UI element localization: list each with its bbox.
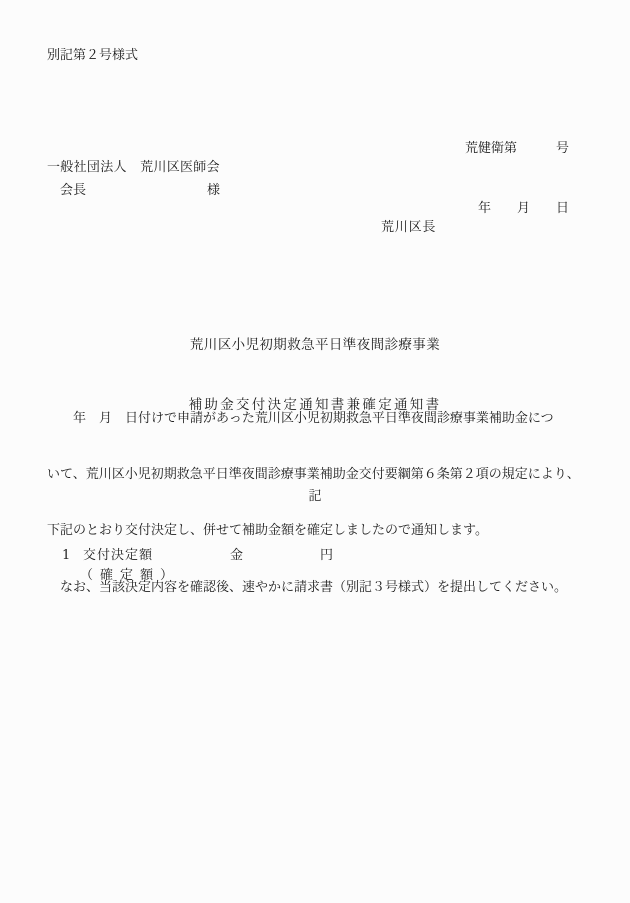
addressee-honorific: 様	[207, 182, 220, 200]
body-line-1: 年 月 日付けで申請があった荒川区小児初期救急平日準夜間診療事業補助金につ	[47, 410, 587, 429]
body-line-2: いて、荒川区小児初期救急平日準夜間診療事業補助金交付要綱第６条第２項の規定により…	[47, 466, 587, 485]
body-line-3: 下記のとおり交付決定し、併せて補助金額を確定しましたので通知します。	[47, 522, 587, 541]
addressee-organization: 一般社団法人 荒川区医師会	[47, 159, 220, 177]
sender-title: 荒川区長	[381, 219, 436, 237]
document-page: 別記第２号様式 荒健衛第 号 年 月 日 一般社団法人 荒川区医師会 会長 様 …	[0, 0, 630, 903]
item-label-grant-decision-amount: 交付決定額	[83, 547, 153, 565]
reference-number-line: 荒健衛第 号	[465, 139, 569, 159]
addressee-role: 会長	[60, 182, 86, 200]
form-style-label: 別記第２号様式	[47, 47, 138, 65]
item-currency-prefix: 金	[230, 547, 243, 565]
item-note-confirmed-amount: （確定額）	[80, 567, 180, 585]
date-line: 年 月 日	[465, 199, 569, 219]
document-reference-block: 荒健衛第 号 年 月 日	[465, 99, 569, 259]
document-title-line1: 荒川区小児初期救急平日準夜間診療事業	[0, 335, 630, 355]
item-number: 1	[62, 547, 70, 565]
section-marker: 記	[0, 488, 630, 506]
item-currency-suffix: 円	[320, 547, 333, 565]
